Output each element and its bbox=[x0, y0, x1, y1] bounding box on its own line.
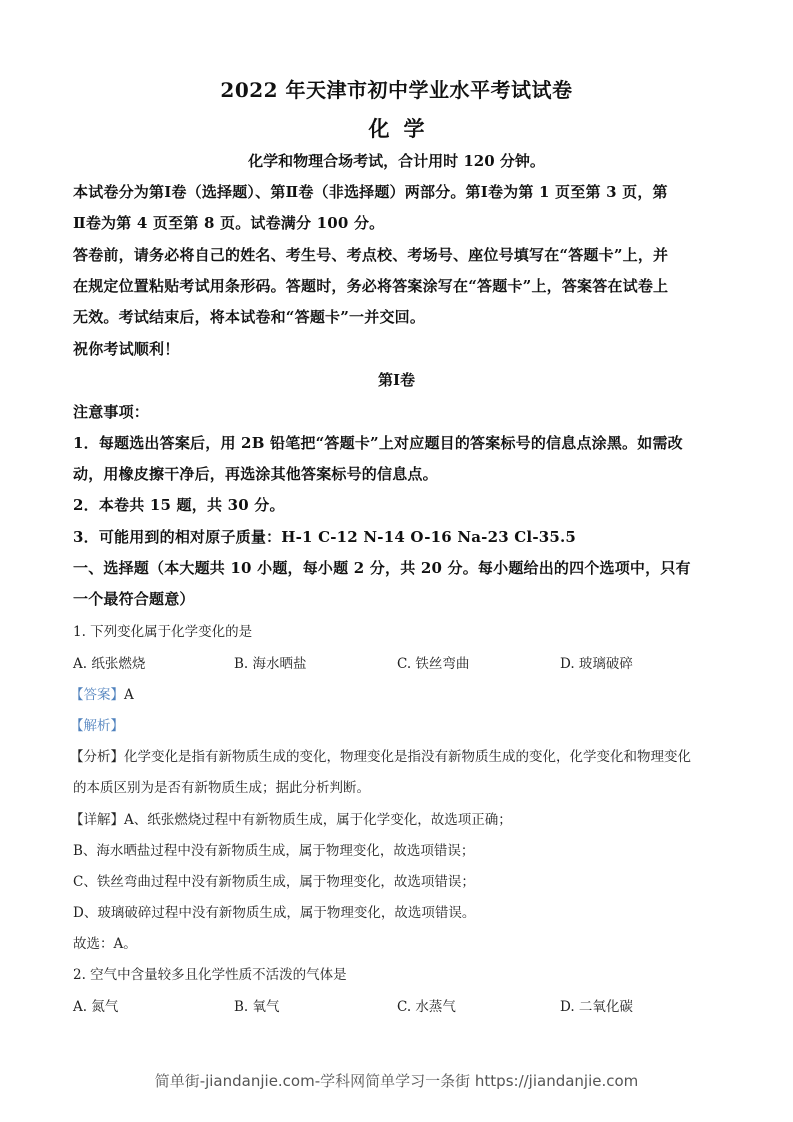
answer-row: 【答案】A bbox=[70, 683, 134, 703]
question-stem: 1. 下列变化属于化学变化的是 bbox=[73, 620, 252, 640]
option-d: D. 二氧化碳 bbox=[560, 995, 633, 1015]
note-line: 1．每题选出答案后，用 2B 铅笔把“答题卡”上对应题目的答案标号的信息点涂黑。… bbox=[73, 432, 683, 453]
answer-value: A bbox=[124, 687, 134, 703]
section-heading: 第Ⅰ卷 bbox=[0, 369, 793, 390]
exam-info: 化学和物理合场考试，合计用时 120 分钟。 bbox=[0, 150, 793, 171]
analysis-label: 【解析】 bbox=[70, 714, 124, 734]
analysis-line: 故选：A。 bbox=[73, 932, 137, 952]
analysis-line: B、海水晒盐过程中没有新物质生成，属于物理变化，故选项错误； bbox=[73, 839, 474, 859]
analysis-line: C、铁丝弯曲过程中没有新物质生成，属于物理变化，故选项错误； bbox=[73, 870, 475, 890]
note-line: 3．可能用到的相对原子质量：H-1 C-12 N-14 O-16 Na-23 C… bbox=[73, 526, 576, 547]
instruction-line: 答卷前，请务必将自己的姓名、考生号、考点校、考场号、座位号填写在“答题卡”上，并 bbox=[73, 244, 668, 265]
notes-title: 注意事项： bbox=[73, 401, 149, 422]
option-d: D. 玻璃破碎 bbox=[560, 652, 633, 672]
instruction-line: 在规定位置粘贴考试用条形码。答题时，务必将答案涂写在“答题卡”上，答案答在试卷上 bbox=[73, 275, 668, 296]
footer-watermark: 简单街-jiandanjie.com-学科网简单学习一条街 https://ji… bbox=[0, 1070, 793, 1091]
part-title-line: 一、选择题（本大题共 10 小题，每小题 2 分，共 20 分。每小题给出的四个… bbox=[73, 557, 691, 578]
analysis-line: 【详解】A、纸张燃烧过程中有新物质生成，属于化学变化，故选项正确； bbox=[70, 808, 512, 828]
instruction-line: 本试卷分为第Ⅰ卷（选择题）、第Ⅱ卷（非选择题）两部分。第Ⅰ卷为第 1 页至第 3… bbox=[73, 181, 668, 202]
analysis-line: D、玻璃破碎过程中没有新物质生成，属于物理变化，故选项错误。 bbox=[73, 901, 475, 921]
analysis-line: 【分析】化学变化是指有新物质生成的变化，物理变化是指没有新物质生成的变化，化学变… bbox=[70, 745, 691, 765]
option-c: C. 铁丝弯曲 bbox=[397, 652, 469, 672]
note-line: 动，用橡皮擦干净后，再选涂其他答案标号的信息点。 bbox=[73, 463, 438, 484]
note-line: 2．本卷共 15 题，共 30 分。 bbox=[73, 494, 285, 515]
option-a: A. 氮气 bbox=[73, 995, 118, 1015]
option-a: A. 纸张燃烧 bbox=[73, 652, 145, 672]
option-b: B. 海水晒盐 bbox=[234, 652, 307, 672]
option-c: C. 水蒸气 bbox=[397, 995, 456, 1015]
subject-heading: 化学 bbox=[0, 113, 793, 143]
exam-title: 2022 年天津市初中学业水平考试试卷 bbox=[0, 74, 793, 103]
instruction-line: Ⅱ卷为第 4 页至第 8 页。试卷满分 100 分。 bbox=[73, 212, 384, 233]
analysis-line: 的本质区别为是否有新物质生成；据此分析判断。 bbox=[73, 776, 370, 796]
option-b: B. 氧气 bbox=[234, 995, 280, 1015]
question-stem: 2. 空气中含量较多且化学性质不活泼的气体是 bbox=[73, 963, 347, 983]
good-luck-line: 祝你考试顺利！ bbox=[73, 338, 179, 359]
instruction-line: 无效。考试结束后，将本试卷和“答题卡”一并交回。 bbox=[73, 306, 425, 327]
answer-label: 【答案】 bbox=[70, 687, 124, 703]
part-title-line: 一个最符合题意） bbox=[73, 588, 195, 609]
